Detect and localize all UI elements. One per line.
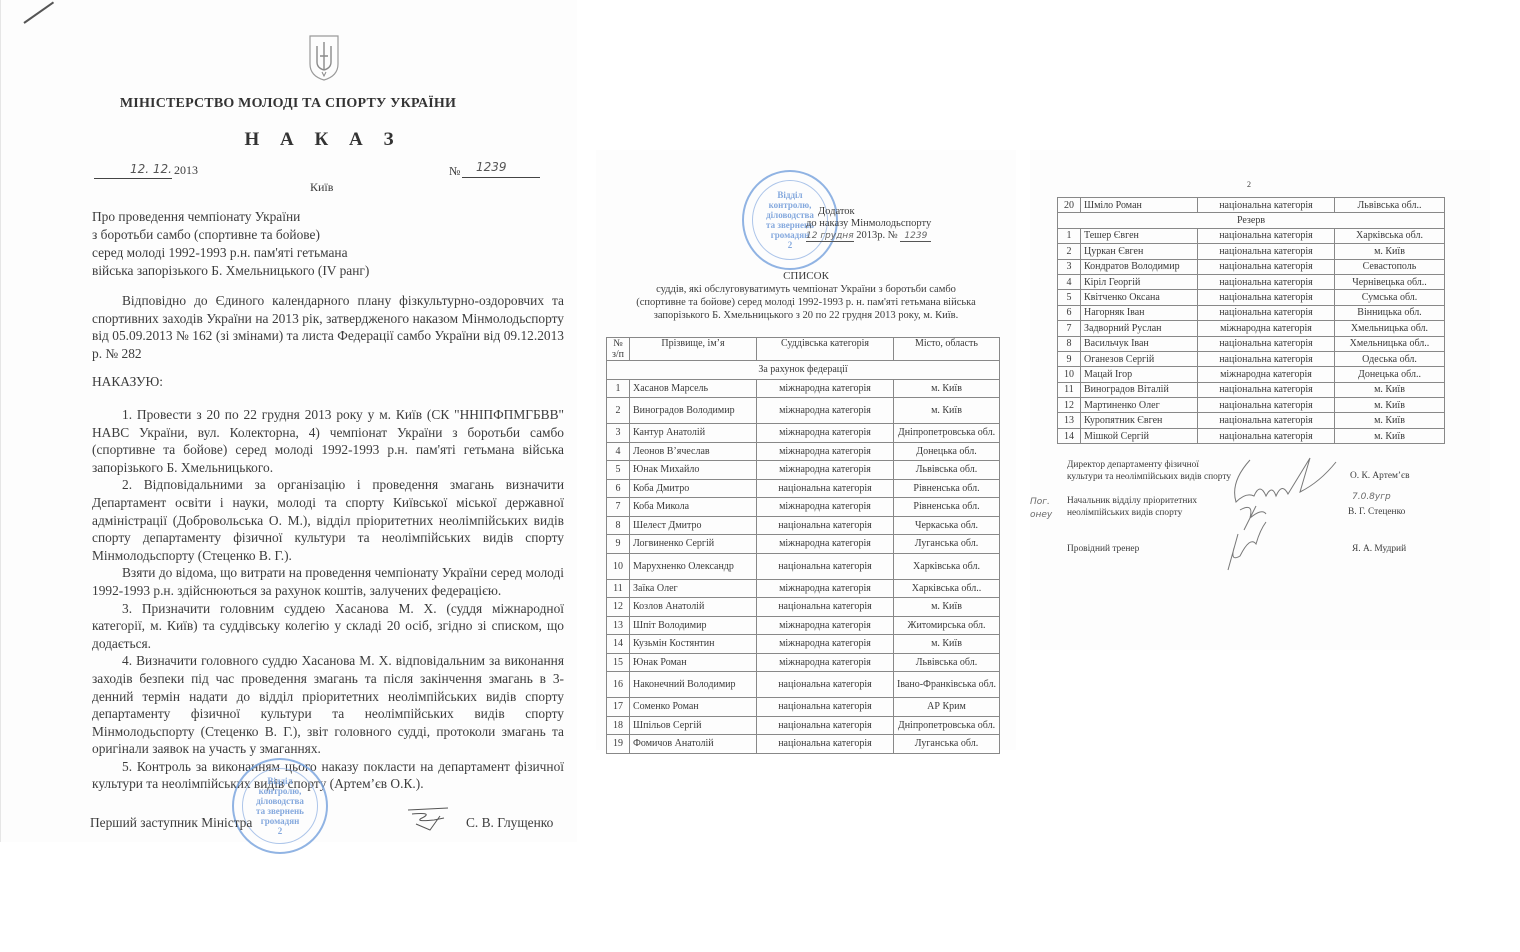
row-number: 11 [1058, 382, 1081, 397]
order-item: 4. Визначити головного суддю Хасанова М.… [92, 652, 564, 758]
row-category: міжнародна категорія [1198, 321, 1335, 336]
table-row: 6Коба Дмитронаціональна категоріяРівненс… [607, 479, 1000, 498]
stamp-text: 2 [256, 826, 304, 836]
row-number: 14 [607, 635, 630, 654]
row-category: національна категорія [1198, 305, 1335, 320]
order-year: 2013 [174, 163, 198, 178]
row-category: національна категорія [1198, 228, 1335, 243]
row-category: міжнародна категорія [757, 535, 894, 554]
row-city: м. Київ [894, 635, 1000, 654]
annex-header: Додаток до наказу Мінмолодьспорту [806, 206, 931, 230]
row-city: Дніпропетровська обл. [894, 424, 1000, 443]
signature-name-coach: Я. А. Мудрий [1352, 544, 1406, 554]
row-city: Чернівецька обл.. [1335, 274, 1445, 289]
row-number: 13 [607, 616, 630, 635]
row-number: 1 [607, 379, 630, 398]
row-number: 5 [607, 461, 630, 480]
signature-role-line: культури та неолімпійських видів спорту [1067, 472, 1231, 484]
table-row: 5Юнак Михайломіжнародна категоріяЛьвівсь… [607, 461, 1000, 480]
row-name: Кузьмін Костянтин [630, 635, 757, 654]
list-description-line: запорізького Б. Хмельницького з 20 по 22… [596, 309, 1016, 322]
row-city: Львівська обл. [894, 653, 1000, 672]
section-federation: За рахунок федерації [607, 361, 1000, 380]
row-name: Виноградов Володимир [630, 398, 757, 424]
row-number: 1 [1058, 228, 1081, 243]
table-row: 18Шпільов Сергійнаціональна категоріяДні… [607, 716, 1000, 735]
row-category: національна категорія [1198, 290, 1335, 305]
row-number: 19 [607, 735, 630, 754]
section-reserve: Резерв [1058, 213, 1445, 228]
row-number: 18 [607, 716, 630, 735]
annex-label: Додаток [806, 206, 931, 218]
row-category: національна категорія [1198, 428, 1335, 443]
row-city: АР Крим [894, 698, 1000, 717]
col-name: Прізвище, ім’я [630, 338, 757, 361]
signature-role-line: Директор департаменту фізичної [1067, 460, 1231, 472]
signature-role-director: Директор департаменту фізичної культури … [1067, 460, 1231, 483]
order-item: Взяти до відома, що витрати на проведенн… [92, 564, 564, 599]
row-city: м. Київ [894, 598, 1000, 617]
row-category: національна категорія [757, 479, 894, 498]
subject-line: Про проведення чемпіонату України [92, 208, 369, 226]
row-city: Сумська обл. [1335, 290, 1445, 305]
table-row: 3Кондратов Володимирнаціональна категорі… [1058, 259, 1445, 274]
row-name: Хасанов Марсель [630, 379, 757, 398]
row-city: м. Київ [1335, 382, 1445, 397]
annex-number-handwritten: 1239 [900, 231, 931, 242]
row-name: Цуркан Євген [1081, 244, 1198, 259]
row-name: Задворний Руслан [1081, 321, 1198, 336]
row-name: Тешер Євген [1081, 228, 1198, 243]
row-city: Харківська обл. [894, 553, 1000, 579]
row-name: Козлов Анатолій [630, 598, 757, 617]
handwritten-date: 7.0.8угр [1352, 492, 1391, 502]
row-number: 4 [1058, 274, 1081, 289]
annex-date-line: 12 грудня 2013р. № 1239 [806, 230, 931, 241]
row-number: 9 [1058, 351, 1081, 366]
section-row: Резерв [1058, 213, 1445, 228]
subject-line: серед молоді 1992-1993 р.н. пам'яті геть… [92, 244, 369, 262]
annex-date-handwritten: 12 грудня [806, 231, 854, 242]
table-row: 8Васильчук Іваннаціональна категоріяХмел… [1058, 336, 1445, 351]
col-number: № з/п [607, 338, 630, 361]
order-items: 1. Провести з 20 по 22 грудня 2013 року … [92, 406, 564, 793]
ministry-heading: МІНІСТЕРСТВО МОЛОДІ ТА СПОРТУ УКРАЇНИ [0, 96, 576, 112]
row-number: 5 [1058, 290, 1081, 305]
row-name: Логвиненко Сергій [630, 535, 757, 554]
row-name: Соменко Роман [630, 698, 757, 717]
table-row: 5Квітченко Оксананаціональна категоріяСу… [1058, 290, 1445, 305]
order-number-sign: № [449, 164, 460, 179]
order-title: Н А К А З [0, 129, 646, 151]
row-category: міжнародна категорія [757, 424, 894, 443]
list-title: СПИСОК [596, 270, 1016, 282]
row-category: національна категорія [1198, 351, 1335, 366]
row-city: Львівська обл. [894, 461, 1000, 480]
row-number: 6 [607, 479, 630, 498]
table-row: 11Виноградов Віталійнаціональна категорі… [1058, 382, 1445, 397]
stamp-text: контролю, [256, 786, 304, 796]
order-directive-word: НАКАЗУЮ: [92, 374, 163, 390]
order-item: 1. Провести з 20 по 22 грудня 2013 року … [92, 406, 564, 476]
row-city: Севастополь [1335, 259, 1445, 274]
signature-role-line: Провідний тренер [1067, 544, 1139, 556]
row-number: 15 [607, 653, 630, 672]
row-number: 12 [1058, 398, 1081, 413]
row-city: Луганська обл. [894, 535, 1000, 554]
row-number: 4 [607, 442, 630, 461]
signatory-role: Перший заступник Міністра [90, 815, 252, 831]
list-description-line: суддів, які обслуговуватимуть чемпіонат … [596, 283, 1016, 296]
row-category: міжнародна категорія [757, 498, 894, 517]
row-category: національна категорія [1198, 259, 1335, 274]
row-name: Оганезов Сергій [1081, 351, 1198, 366]
row-category: міжнародна категорія [757, 398, 894, 424]
table-row: 19Фомичов Анатолійнаціональна категоріяЛ… [607, 735, 1000, 754]
row-category: національна категорія [757, 598, 894, 617]
order-subject: Про проведення чемпіонату України з боро… [92, 208, 369, 280]
table-row: 6Нагорняк Іваннаціональна категоріяВінни… [1058, 305, 1445, 320]
order-item: 2. Відповідальними за організацію і пров… [92, 476, 564, 564]
signature-icon [404, 804, 460, 832]
signature-icon [1210, 452, 1350, 582]
row-city: Хмельницька обл. [1335, 321, 1445, 336]
row-name: Фомичов Анатолій [630, 735, 757, 754]
row-city: Одеська обл. [1335, 351, 1445, 366]
table-row: 12Козлов Анатолійнаціональна категоріям.… [607, 598, 1000, 617]
row-name: Мацай Ігор [1081, 367, 1198, 382]
row-number: 10 [1058, 367, 1081, 382]
row-name: Нагорняк Іван [1081, 305, 1198, 320]
row-number: 14 [1058, 428, 1081, 443]
table-row: 11Заїка Олегміжнародна категоріяХарківсь… [607, 579, 1000, 598]
row-number: 2 [607, 398, 630, 424]
table-row: 14Мішкой Сергійнаціональна категоріям. К… [1058, 428, 1445, 443]
judges-table: № з/п Прізвище, ім’я Суддівська категорі… [606, 337, 1000, 754]
table-row: 9Оганезов Сергійнаціональна категоріяОде… [1058, 351, 1445, 366]
table-row: 2Цуркан Євгеннаціональна категоріям. Киї… [1058, 244, 1445, 259]
row-city: Вінницька обл. [1335, 305, 1445, 320]
row-category: міжнародна категорія [757, 442, 894, 461]
official-stamp: Відділ контролю, діловодства та звернень… [232, 758, 328, 854]
row-number: 12 [607, 598, 630, 617]
row-city: Луганська обл. [894, 735, 1000, 754]
row-number: 2 [1058, 244, 1081, 259]
row-city: м. Київ [1335, 413, 1445, 428]
row-number: 20 [1058, 198, 1081, 213]
table-row: 2Виноградов Володимирміжнародна категорі… [607, 398, 1000, 424]
row-city: м. Київ [1335, 428, 1445, 443]
order-item: 3. Призначити головним суддею Хасанова М… [92, 600, 564, 653]
list-description: суддів, які обслуговуватимуть чемпіонат … [596, 283, 1016, 322]
order-preamble: Відповідно до Єдиного календарного плану… [92, 292, 564, 362]
col-city: Місто, область [894, 338, 1000, 361]
annex-year: 2013р. [856, 230, 885, 241]
table-row: 12Мартиненко Олегнаціональна категоріям.… [1058, 398, 1445, 413]
row-number: 7 [1058, 321, 1081, 336]
judges-table-continued: 20 Шміло Роман національна категорія Льв… [1057, 197, 1445, 444]
row-category: національна категорія [1198, 244, 1335, 259]
table-row: 17Соменко Романнаціональна категоріяАР К… [607, 698, 1000, 717]
row-name: Шпіт Володимир [630, 616, 757, 635]
row-category: національна категорія [1198, 336, 1335, 351]
coat-of-arms-icon [308, 34, 340, 82]
row-number: 6 [1058, 305, 1081, 320]
row-category: міжнародна категорія [757, 579, 894, 598]
table-row: 10Марухненко Олександрнаціональна катего… [607, 553, 1000, 579]
row-city: Харківська обл. [1335, 228, 1445, 243]
row-category: міжнародна категорія [757, 379, 894, 398]
table-row: 14Кузьмін Костянтинміжнародна категоріям… [607, 635, 1000, 654]
table-row: 7Задворний Русланміжнародна категоріяХме… [1058, 321, 1445, 336]
col-category: Суддівська категорія [757, 338, 894, 361]
row-name: Васильчук Іван [1081, 336, 1198, 351]
row-city: Рівненська обл. [894, 479, 1000, 498]
signature-role-head: Начальник відділу пріоритетних неолімпій… [1067, 496, 1197, 519]
row-city: Донецька обл.. [1335, 367, 1445, 382]
handwritten-note-line: Пог. [1030, 496, 1052, 509]
row-city: м. Київ [1335, 398, 1445, 413]
row-city: Рівненська обл. [894, 498, 1000, 517]
row-city: Донецька обл. [894, 442, 1000, 461]
table-row: 4Кіріл Георгійнаціональна категоріяЧерні… [1058, 274, 1445, 289]
row-number: 7 [607, 498, 630, 517]
row-name: Юнак Роман [630, 653, 757, 672]
table-row: 16Наконечний Володимирнаціональна катего… [607, 672, 1000, 698]
row-number: 16 [607, 672, 630, 698]
row-name: Коба Микола [630, 498, 757, 517]
row-category: національна категорія [1198, 382, 1335, 397]
page-number: 2 [1247, 180, 1251, 189]
handwritten-note-line: онеу [1030, 509, 1052, 522]
row-number: 11 [607, 579, 630, 598]
signatory-name: С. В. Глущенко [466, 815, 553, 831]
row-name: Кіріл Георгій [1081, 274, 1198, 289]
row-city: Харківська обл.. [894, 579, 1000, 598]
stamp-text: громадян [256, 816, 304, 826]
row-name: Шпільов Сергій [630, 716, 757, 735]
row-number: 13 [1058, 413, 1081, 428]
row-name: Виноградов Віталій [1081, 382, 1198, 397]
table-row: 7Коба Миколаміжнародна категоріяРівненсь… [607, 498, 1000, 517]
row-category: національна категорія [1198, 398, 1335, 413]
row-category: національна категорія [1198, 413, 1335, 428]
row-name: Шміло Роман [1081, 198, 1198, 213]
row-name: Кантур Анатолій [630, 424, 757, 443]
order-number-handwritten: 1239 [462, 160, 540, 178]
row-category: національна категорія [757, 516, 894, 535]
subject-line: з боротьби самбо (спортивне та бойове) [92, 226, 369, 244]
order-date-handwritten: 12. 12. [94, 162, 172, 179]
row-name: Шелест Дмитро [630, 516, 757, 535]
row-category: міжнародна категорія [757, 653, 894, 672]
row-category: національна категорія [757, 553, 894, 579]
row-number: 9 [607, 535, 630, 554]
signature-role-line: Начальник відділу пріоритетних [1067, 496, 1197, 508]
stamp-text: та звернень [256, 806, 304, 816]
row-city: Черкаська обл. [894, 516, 1000, 535]
list-description-line: (спортивне та бойове) серед молоді 1992-… [596, 296, 1016, 309]
table-row: 3Кантур Анатолійміжнародна категоріяДніп… [607, 424, 1000, 443]
row-category: національна категорія [757, 735, 894, 754]
row-category: національна категорія [757, 698, 894, 717]
row-name: Коба Дмитро [630, 479, 757, 498]
signature-name-head: В. Г. Стеценко [1348, 507, 1405, 517]
subject-line: війська запорізького Б. Хмельницького (I… [92, 262, 369, 280]
order-item: 5. Контроль за виконанням цього наказу п… [92, 758, 564, 793]
table-row: 1Тешер Євгеннаціональна категоріяХарківс… [1058, 228, 1445, 243]
row-city: Житомирська обл. [894, 616, 1000, 635]
row-city: м. Київ [894, 379, 1000, 398]
table-row: 13Куропятник Євгеннаціональна категоріям… [1058, 413, 1445, 428]
row-number: 17 [607, 698, 630, 717]
signature-role-coach: Провідний тренер [1067, 544, 1139, 556]
row-name: Мішкой Сергій [1081, 428, 1198, 443]
table-header-row: № з/п Прізвище, ім’я Суддівська категорі… [607, 338, 1000, 361]
row-name: Куропятник Євген [1081, 413, 1198, 428]
row-category: міжнародна категорія [1198, 367, 1335, 382]
row-city: Івано-Франківська обл. [894, 672, 1000, 698]
row-number: 8 [1058, 336, 1081, 351]
row-name: Наконечний Володимир [630, 672, 757, 698]
row-number: 3 [607, 424, 630, 443]
row-category: міжнародна категорія [757, 461, 894, 480]
annex-number-sign: № [888, 230, 898, 241]
table-row: 13Шпіт Володимирміжнародна категоріяЖито… [607, 616, 1000, 635]
row-name: Заїка Олег [630, 579, 757, 598]
row-category: міжнародна категорія [757, 616, 894, 635]
row-city: Львівська обл.. [1335, 198, 1445, 213]
table-row: 1Хасанов Марсельміжнародна категоріям. К… [607, 379, 1000, 398]
signature-role-line: неолімпійських видів спорту [1067, 508, 1197, 520]
table-row: 15Юнак Романміжнародна категоріяЛьвівськ… [607, 653, 1000, 672]
table-row: 20 Шміло Роман національна категорія Льв… [1058, 198, 1445, 213]
stamp-text: Відділ [766, 190, 814, 200]
order-city: Київ [310, 180, 333, 195]
row-name: Кондратов Володимир [1081, 259, 1198, 274]
row-category: міжнародна категорія [757, 635, 894, 654]
row-name: Марухненко Олександр [630, 553, 757, 579]
table-row: 4Леонов В’ячеславміжнародна категоріяДон… [607, 442, 1000, 461]
annex-ref: до наказу Мінмолодьспорту [806, 218, 931, 230]
row-number: 3 [1058, 259, 1081, 274]
handwritten-note: Пог. онеу [1030, 496, 1052, 522]
row-name: Мартиненко Олег [1081, 398, 1198, 413]
row-category: національна категорія [1198, 198, 1335, 213]
row-city: м. Київ [894, 398, 1000, 424]
row-category: національна категорія [757, 716, 894, 735]
row-name: Юнак Михайло [630, 461, 757, 480]
row-category: національна категорія [757, 672, 894, 698]
table-row: 9Логвиненко Сергійміжнародна категоріяЛу… [607, 535, 1000, 554]
row-number: 10 [607, 553, 630, 579]
row-city: Хмельницька обл.. [1335, 336, 1445, 351]
row-name: Леонов В’ячеслав [630, 442, 757, 461]
table-row: 8Шелест Дмитронаціональна категоріяЧерка… [607, 516, 1000, 535]
stamp-text: діловодства [256, 796, 304, 806]
table-row: 10Мацай Ігорміжнародна категоріяДонецька… [1058, 367, 1445, 382]
row-city: Дніпропетровська обл. [894, 716, 1000, 735]
row-name: Квітченко Оксана [1081, 290, 1198, 305]
section-row: За рахунок федерації [607, 361, 1000, 380]
signature-name-director: О. К. Артем’єв [1350, 471, 1410, 481]
row-category: національна категорія [1198, 274, 1335, 289]
stamp-text: Відділ [256, 776, 304, 786]
row-number: 8 [607, 516, 630, 535]
row-city: м. Київ [1335, 244, 1445, 259]
